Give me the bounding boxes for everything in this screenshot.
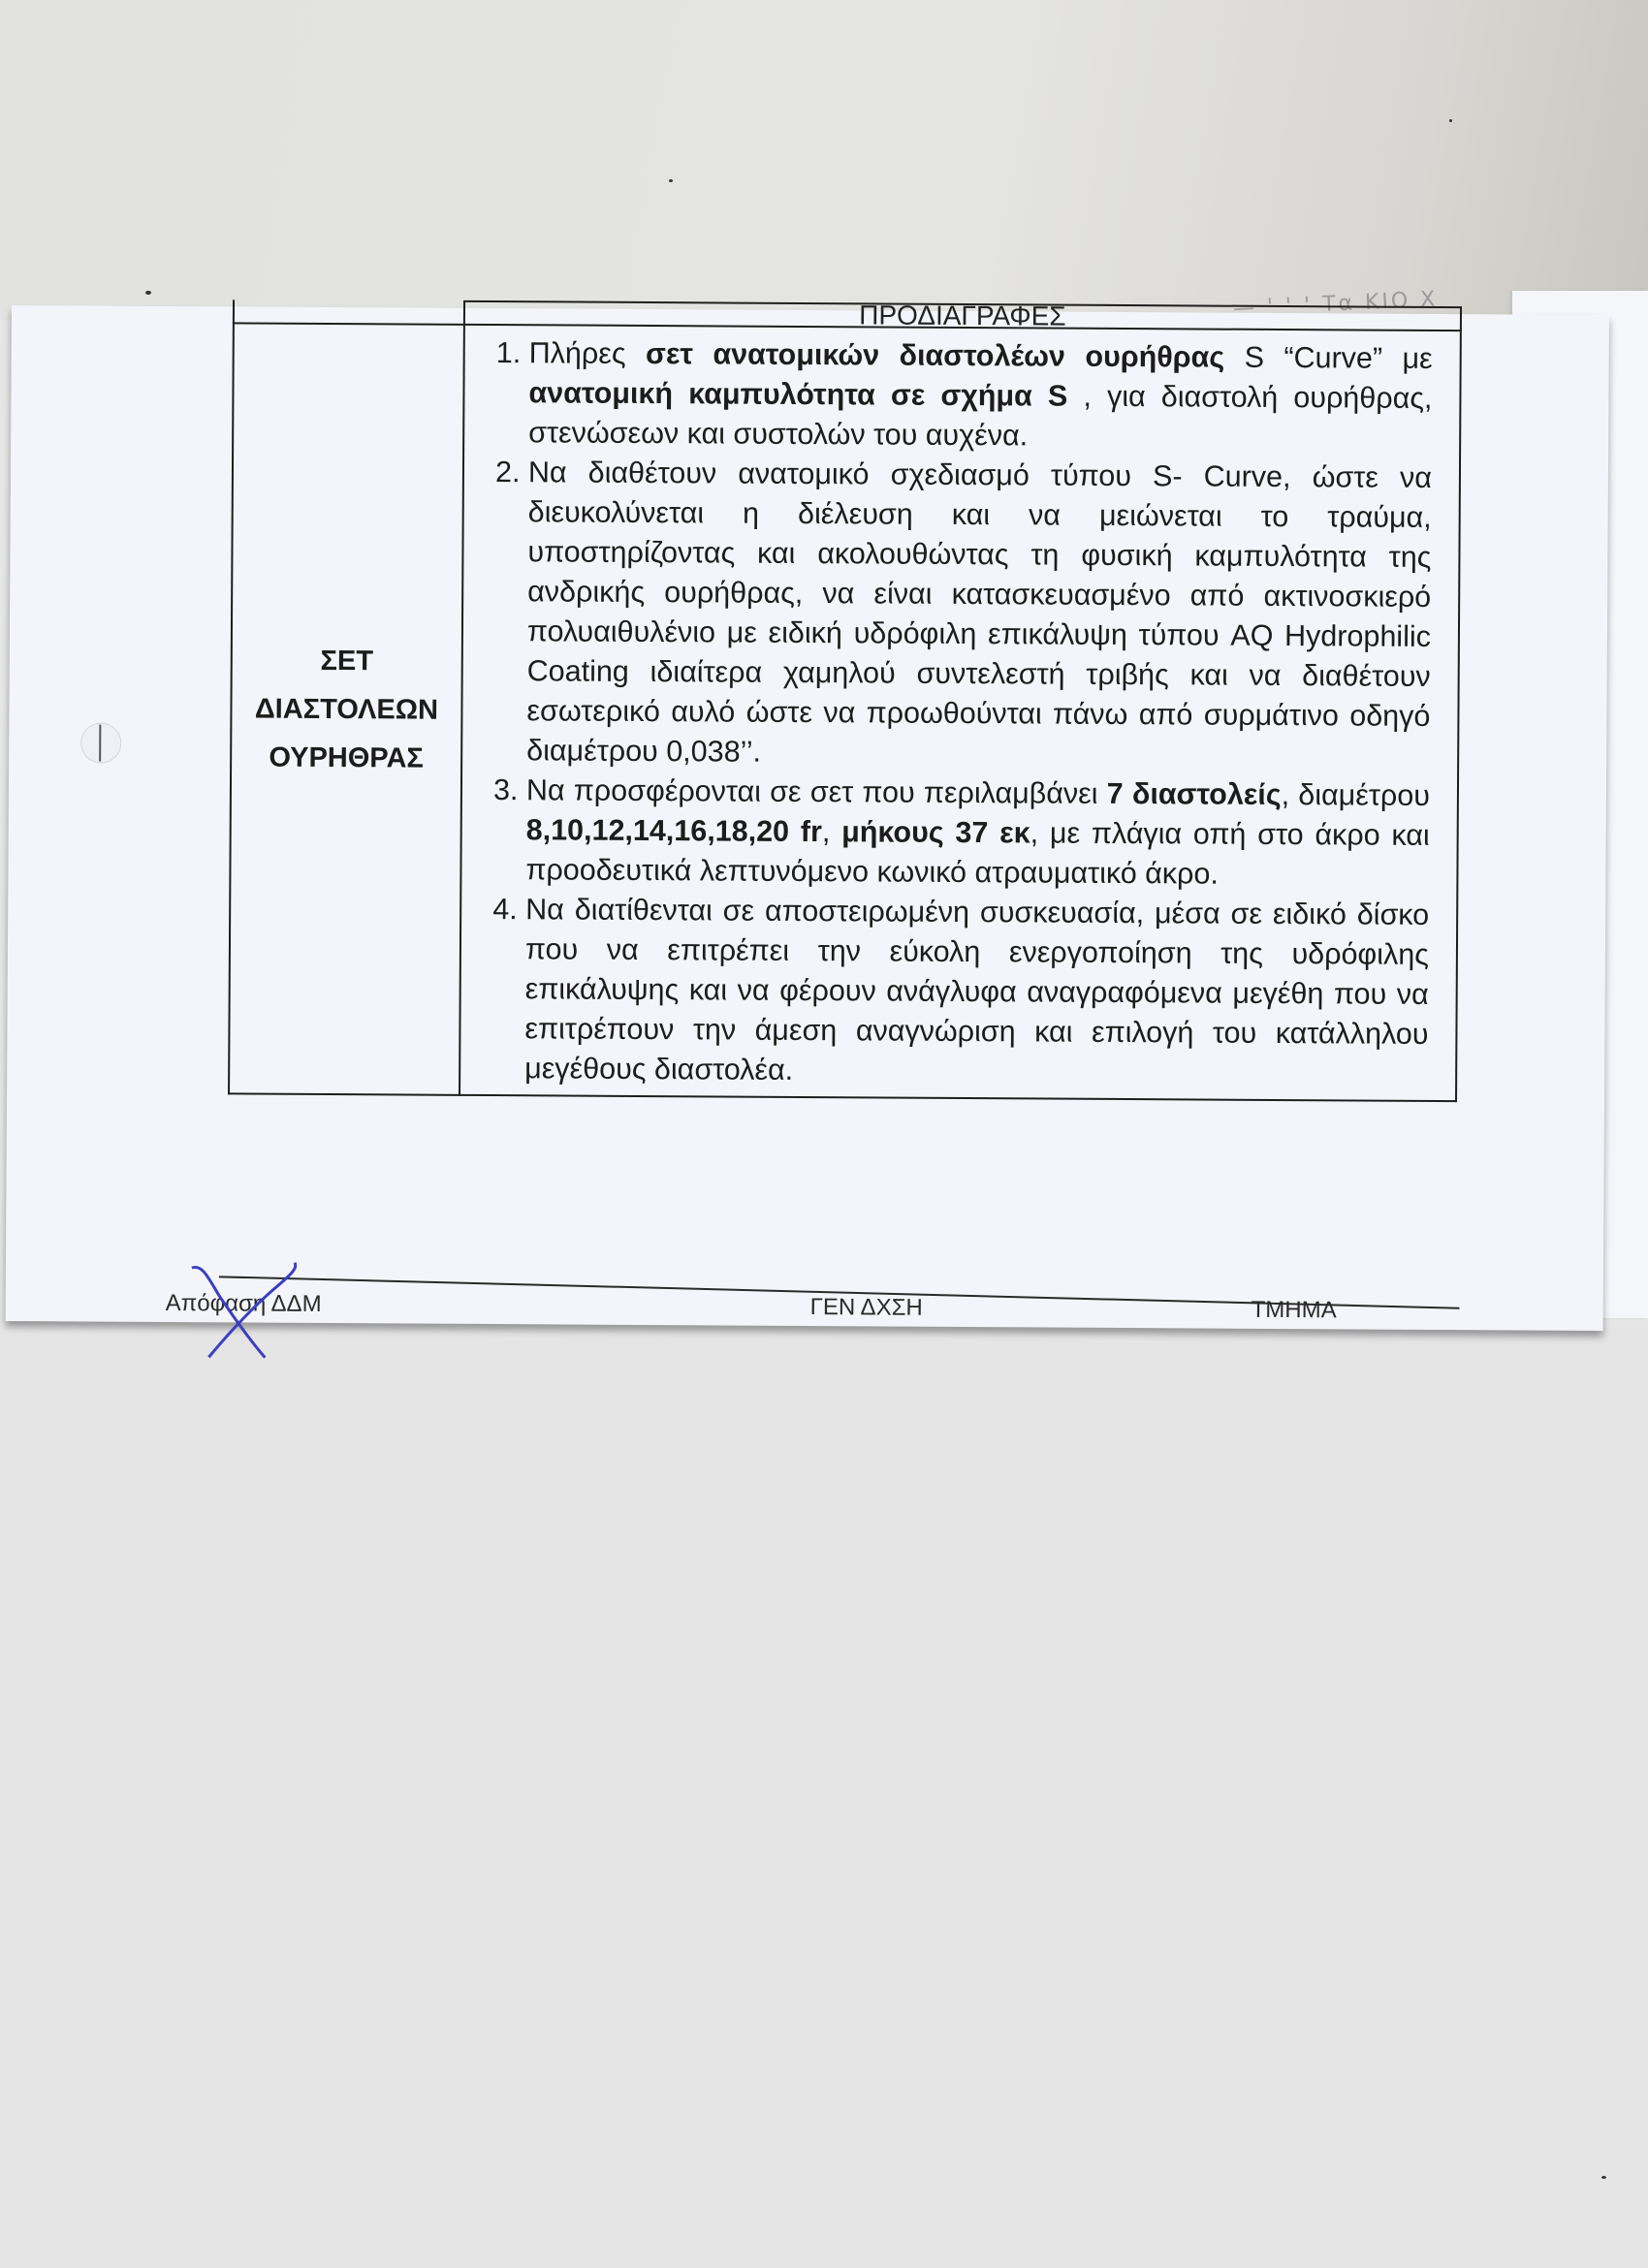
requirement-emphasis: 8,10,12,14,16,18,20 fr [526, 813, 822, 848]
requirements-cell: Πλήρες σετ ανατομικών διαστολέων ουρήθρα… [460, 325, 1461, 1101]
requirement-item: Να διαθέτουν ανατομικό σχεδιασμό τύπου S… [526, 453, 1432, 776]
footer-general-directorate-label: ΓΕΝ ΔΧΣΗ [810, 1294, 923, 1322]
specifications-table: ΠΡΟΔΙΑΓΡΑΦΕΣ ΣΕΤ ΔΙΑΣΤΟΛΕΩΝ ΟΥΡΗΘΡΑΣ Πλή… [228, 299, 1462, 1102]
requirement-item: Πλήρες σετ ανατομικών διαστολέων ουρήθρα… [528, 333, 1433, 458]
dust-speck [1449, 119, 1452, 122]
requirement-emphasis: ανατομική καμπυλότητα σε σχήμα S [528, 376, 1067, 412]
requirement-emphasis: σετ ανατομικών διαστολέων ουρήθρας [646, 337, 1224, 374]
item-name-line: ΟΥΡΗΘΡΑΣ [238, 733, 455, 782]
dust-speck [669, 179, 673, 182]
dust-speck [1601, 2176, 1606, 2179]
table-header-empty-cell [234, 299, 464, 324]
punch-hole [80, 722, 121, 763]
requirement-text: Να προσφέρονται σε σετ που περιλαμβάνει [526, 773, 1107, 810]
requirement-text: Πλήρες [529, 336, 647, 370]
dust-speck [145, 291, 151, 295]
requirement-item: Να προσφέρονται σε σετ που περιλαμβάνει … [525, 771, 1430, 896]
scanner-bed-background [0, 1328, 1648, 2268]
requirements-list: Πλήρες σετ ανατομικών διαστολέων ουρήθρα… [474, 333, 1433, 1094]
requirement-emphasis: μήκους 37 εκ [841, 815, 1030, 849]
requirement-text: , [822, 815, 841, 848]
item-name-line: ΣΕΤ [238, 636, 456, 685]
scanner-lid-background [0, 0, 1648, 320]
footer-department-label: ΤΜΗΜΑ [1252, 1297, 1337, 1325]
spec-sheet-page: — ' ' ' Τα ΚΙΟ Χ ΠΡΟΔΙΑΓΡΑΦΕΣ ΣΕΤ ΔΙΑΣΤΟ… [6, 305, 1609, 1331]
requirement-text: S “Curve” με [1224, 341, 1433, 375]
requirement-item: Να διατίθενται σε αποστειρωμένη συσκευασ… [524, 890, 1429, 1094]
requirement-emphasis: 7 διαστολείς [1107, 777, 1282, 811]
requirement-text: Να διαθέτουν ανατομικό σχεδιασμό τύπου S… [526, 456, 1432, 768]
requirement-text: , διαμέτρου [1282, 778, 1431, 812]
item-name-line: ΔΙΑΣΤΟΛΕΩΝ [238, 684, 455, 734]
pen-cross-mark-icon [179, 1256, 306, 1364]
item-name-cell: ΣΕΤ ΔΙΑΣΤΟΛΕΩΝ ΟΥΡΗΘΡΑΣ [229, 323, 464, 1094]
requirement-text: Να διατίθενται σε αποστειρωμένη συσκευασ… [524, 893, 1429, 1087]
table-row: ΣΕΤ ΔΙΑΣΤΟΛΕΩΝ ΟΥΡΗΘΡΑΣ Πλήρες σετ ανατο… [229, 323, 1461, 1101]
